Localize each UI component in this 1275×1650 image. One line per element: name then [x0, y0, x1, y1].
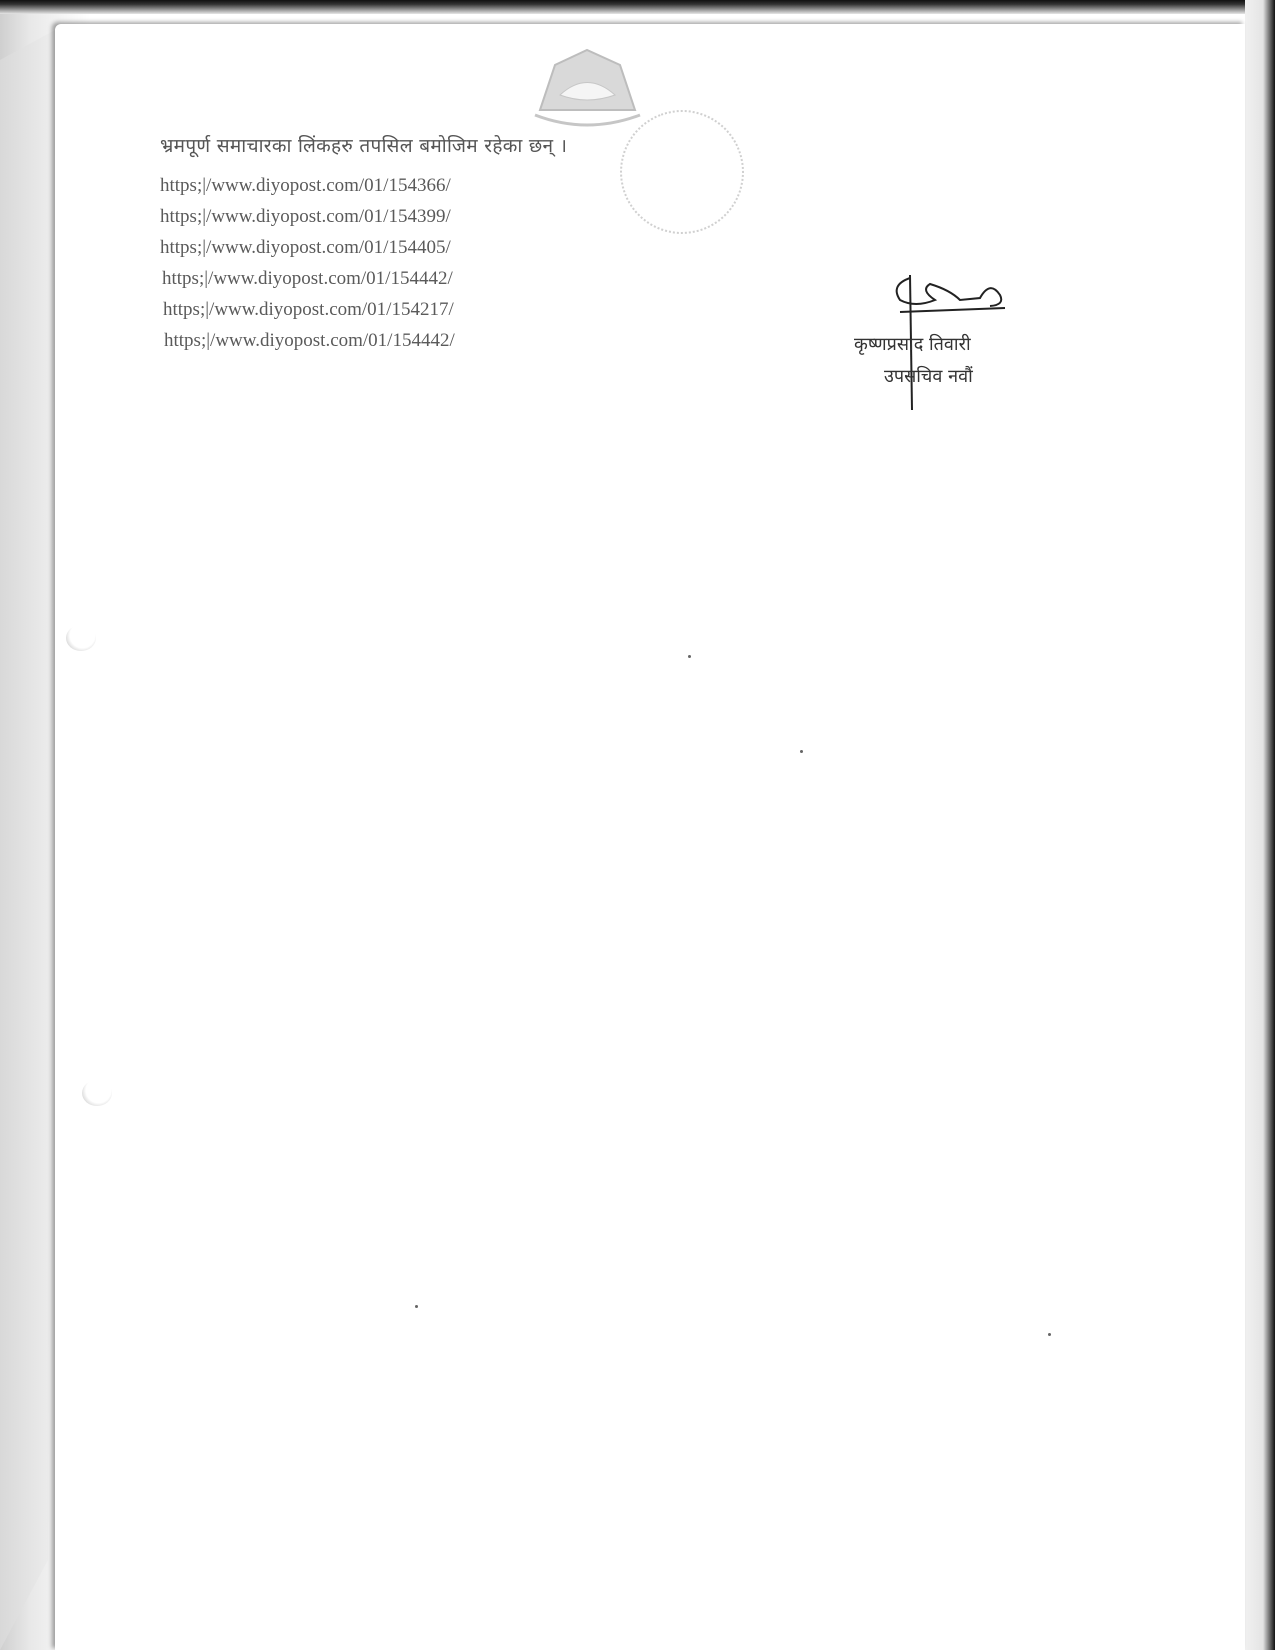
news-links-list: https;|/www.diyopost.com/01/154366/ http… [160, 170, 455, 356]
punch-hole [82, 1080, 112, 1106]
scan-speck [415, 1305, 418, 1308]
nepal-government-emblem-icon [525, 40, 650, 130]
punch-hole [66, 625, 96, 651]
signature-block: कृष्णप्रसाद तिवारी उपसचिव नवौं [840, 270, 1040, 420]
news-link: https;|/www.diyopost.com/01/154399/ [160, 201, 455, 232]
scan-speck [800, 750, 803, 753]
scan-speck [688, 655, 691, 658]
news-link: https;|/www.diyopost.com/01/154366/ [160, 170, 455, 201]
scanner-top-edge [0, 0, 1275, 14]
signatory-name: कृष्णप्रसाद तिवारी [854, 332, 971, 356]
signatory-title: उपसचिव नवौं [884, 364, 973, 388]
news-link: https;|/www.diyopost.com/01/154442/ [160, 263, 455, 294]
document-heading: भ्रमपूर्ण समाचारका लिंकहरु तपसिल बमोजिम … [160, 132, 567, 158]
news-link: https;|/www.diyopost.com/01/154442/ [160, 325, 455, 356]
scan-speck [1048, 1333, 1051, 1336]
news-link: https;|/www.diyopost.com/01/154405/ [160, 232, 455, 263]
scanner-right-edge [1245, 0, 1275, 1650]
news-link: https;|/www.diyopost.com/01/154217/ [160, 294, 455, 325]
